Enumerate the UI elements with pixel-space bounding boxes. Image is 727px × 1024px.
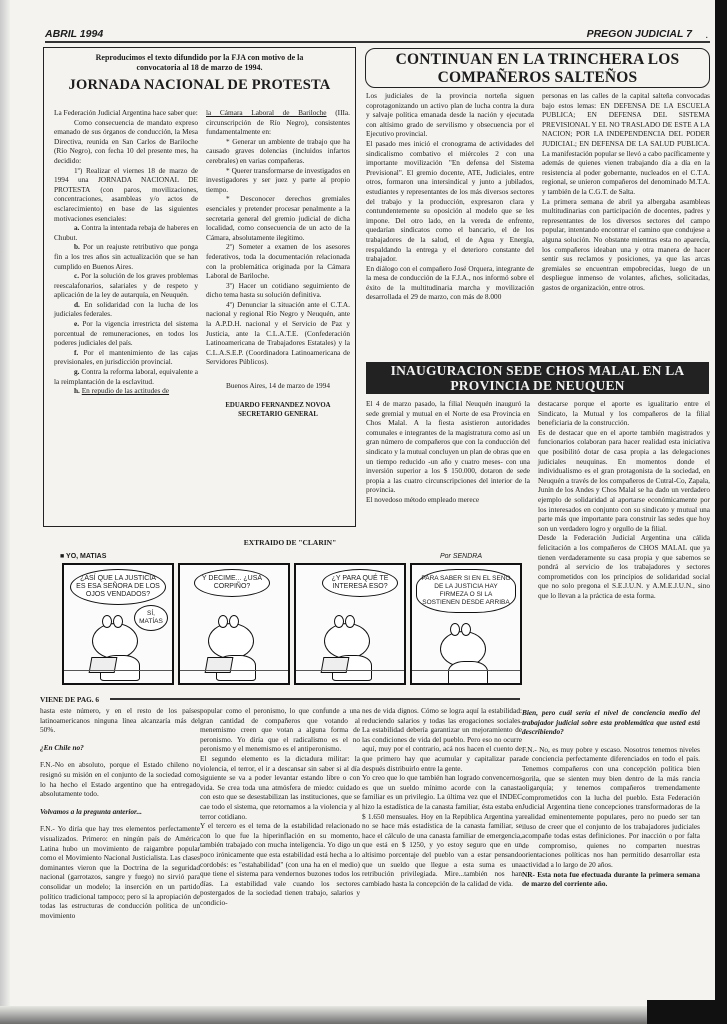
paragraph: Es de destacar que en el aporte también … (538, 428, 710, 534)
thought-bubble: PARA SABER SI EN EL SENO DE LA JUSTICIA … (416, 569, 516, 613)
bullet: * Querer transformarse de investigados e… (206, 166, 350, 195)
page-header: ABRIL 1994 PREGON JUDICIAL 7 . (45, 28, 710, 42)
list-item: c. Por la solución de los graves problem… (54, 271, 198, 300)
paragraph: Como consecuencia de mandato expreso ema… (54, 118, 198, 166)
speech-bubble-reply: SÍ, MATÍAS (134, 605, 168, 631)
section-rule (110, 698, 520, 700)
paragraph: El pasado mes inició el cronograma de ac… (366, 139, 534, 264)
fja-column-1: La Federación Judicial Argentina hace sa… (54, 108, 198, 419)
interview-column-3: nes de vida dignos. Cómo se logra aquí l… (362, 706, 522, 888)
salta-title: CONTINUAN EN LA TRINCHERA LOS COMPAÑEROS… (365, 48, 710, 88)
signer-title: SECRETARIO GENERAL (206, 410, 350, 419)
comic-panel-3: ¿Y PARA QUÉ TE INTERESA ESO? (294, 563, 406, 685)
point: 4º) Denunciar la situación ante el C.T.A… (206, 300, 350, 367)
paragraph: personas en las calles de la capital sal… (542, 91, 710, 197)
header-rule (45, 41, 710, 43)
paragraph: El segundo elemento es la dictadura mili… (200, 754, 360, 821)
speech-bubble: ¿ASÍ QUE LA JUSTICIA ES ESA SEÑORA DE LO… (70, 569, 166, 605)
paragraph: Los judiciales de la provincia norteña s… (366, 91, 534, 139)
paragraph: F.N.- No, es muy pobre y escaso. Nosotro… (522, 745, 700, 870)
paragraph: destacarse porque el aporte es igualitar… (538, 399, 710, 428)
fja-date: Buenos Aires, 14 de marzo de 1994 (206, 381, 350, 391)
list-item: b. Por un reajuste retributivo que ponga… (54, 242, 198, 271)
interview-column-2: popular como el peronismo, lo que confun… (200, 706, 360, 907)
comic-source-label: EXTRAIDO DE "CLARIN" (200, 538, 380, 547)
salta-column-1: Los judiciales de la provincia norteña s… (366, 91, 534, 302)
issue-date: ABRIL 1994 (45, 28, 103, 40)
page-shadow (0, 0, 10, 1024)
editor-note: NR- Esta nota fue efectuada durante la p… (522, 870, 700, 889)
speech-bubble: Y DECIME... ¿USA CORPIÑO? (194, 569, 270, 597)
point: 2º) Someter a examen de los asesores fed… (206, 242, 350, 280)
paragraph: El novedoso método empleado merece (366, 495, 530, 505)
continued-from-label: VIENE DE PAG. 6 (40, 695, 520, 705)
paragraph: popular como el peronismo, lo que confun… (200, 706, 360, 754)
paragraph: En diálogo con el compañero José Orquera… (366, 264, 534, 302)
character-eyes-icon (218, 615, 242, 629)
header-mark: . (706, 30, 709, 41)
character-eyes-icon (334, 615, 358, 629)
list-item: e. Por la vigencia irrestricta del siste… (54, 319, 198, 348)
chos-malal-title: INAUGURACION SEDE CHOS MALAL EN LA PROVI… (366, 362, 709, 394)
fja-intro: Reproducimos el texto difundido por la F… (84, 53, 315, 73)
comic-panel-2: Y DECIME... ¿USA CORPIÑO? (178, 563, 290, 685)
paragraph: hasta este número, y en el resto de los … (40, 706, 200, 735)
interview-question: ¿En Chile no? (40, 743, 200, 753)
fja-article: Reproducimos el texto difundido por la F… (43, 47, 356, 527)
salta-column-2: personas en las calles de la capital sal… (542, 91, 710, 302)
page-edge (715, 0, 727, 1024)
bullet: * Desconocer derechos gremiales esencial… (206, 194, 350, 242)
point: 3º) Hacer un cotidiano seguimiento de di… (206, 281, 350, 300)
salta-columns: Los judiciales de la provincia norteña s… (366, 91, 710, 302)
interview-question: Bien, pero cuál sería el nivel de concie… (522, 708, 700, 737)
bullet: * Generar un ambiente de trabajo que ha … (206, 137, 350, 166)
character-eyes-icon (450, 623, 474, 637)
list-item: g. Contra la reforma laboral, equivalent… (54, 367, 198, 386)
paragraph: El 4 de marzo pasado, la filial Neuquén … (366, 399, 530, 495)
list-item: f. Por el mantenimiento de las cajas pre… (54, 348, 198, 367)
character-body-icon (448, 661, 488, 685)
paragraph: la Cámara Laboral de Bariloche (IIIa. ci… (206, 108, 350, 137)
list-item: d. En solidaridad con la lucha de los ju… (54, 300, 198, 319)
list-item: h. En repudio de las actitudes de (54, 386, 198, 396)
paragraph: F.N.- Yo diría que hay tres elementos pe… (40, 824, 200, 920)
publication-name-page: PREGON JUDICIAL 7 (587, 28, 692, 40)
paragraph: 1º) Realizar el viernes 18 de marzo de 1… (54, 166, 198, 224)
character-eyes-icon (102, 615, 126, 629)
signer-name: EDUARDO FERNANDEZ NOVOA (206, 401, 350, 410)
comic-panel-4: PARA SABER SI EN EL SENO DE LA JUSTICIA … (410, 563, 522, 685)
speech-bubble: ¿Y PARA QUÉ TE INTERESA ESO? (322, 569, 398, 597)
paragraph: Y el tercero es el tema de la estabilida… (200, 821, 360, 907)
page-corner (647, 1000, 727, 1024)
comic-strip: ¿ASÍ QUE LA JUSTICIA ES ESA SEÑORA DE LO… (62, 563, 522, 685)
paragraph: F.N.-No en absoluto, porque el Estado ch… (40, 760, 200, 798)
chos-malal-column-1: El 4 de marzo pasado, la filial Neuquén … (366, 399, 530, 505)
fja-columns: La Federación Judicial Argentina hace sa… (54, 108, 350, 419)
paragraph: Desde la Federación Judicial Argentina u… (538, 533, 710, 600)
interview-column-4: Bien, pero cuál sería el nivel de concie… (522, 706, 700, 889)
fja-column-2: la Cámara Laboral de Bariloche (IIIa. ci… (206, 108, 350, 419)
paragraph: Yo creo que lo que también han logrado c… (362, 773, 522, 888)
interview-column-1: hasta este número, y en el resto de los … (40, 706, 200, 920)
paragraph: La primera semana de abril ya albergaba … (542, 197, 710, 293)
comic-panel-1: ¿ASÍ QUE LA JUSTICIA ES ESA SEÑORA DE LO… (62, 563, 174, 685)
page-bottom-edge (0, 1006, 727, 1024)
comic-author: Por SENDRA (440, 553, 482, 560)
chos-malal-column-2: destacarse porque el aporte es igualitar… (538, 399, 710, 600)
comic-strip-name: ■ YO, MATIAS (60, 553, 106, 560)
list-item: a. Contra la intentada rebaja de haberes… (54, 223, 198, 242)
fja-title: JORNADA NACIONAL DE PROTESTA (44, 77, 355, 94)
paragraph: La Federación Judicial Argentina hace sa… (54, 108, 198, 118)
interview-question: Volvamos a la pregunta anterior... (40, 807, 200, 817)
paragraph: nes de vida dignos. Cómo se logra aquí l… (362, 706, 522, 773)
